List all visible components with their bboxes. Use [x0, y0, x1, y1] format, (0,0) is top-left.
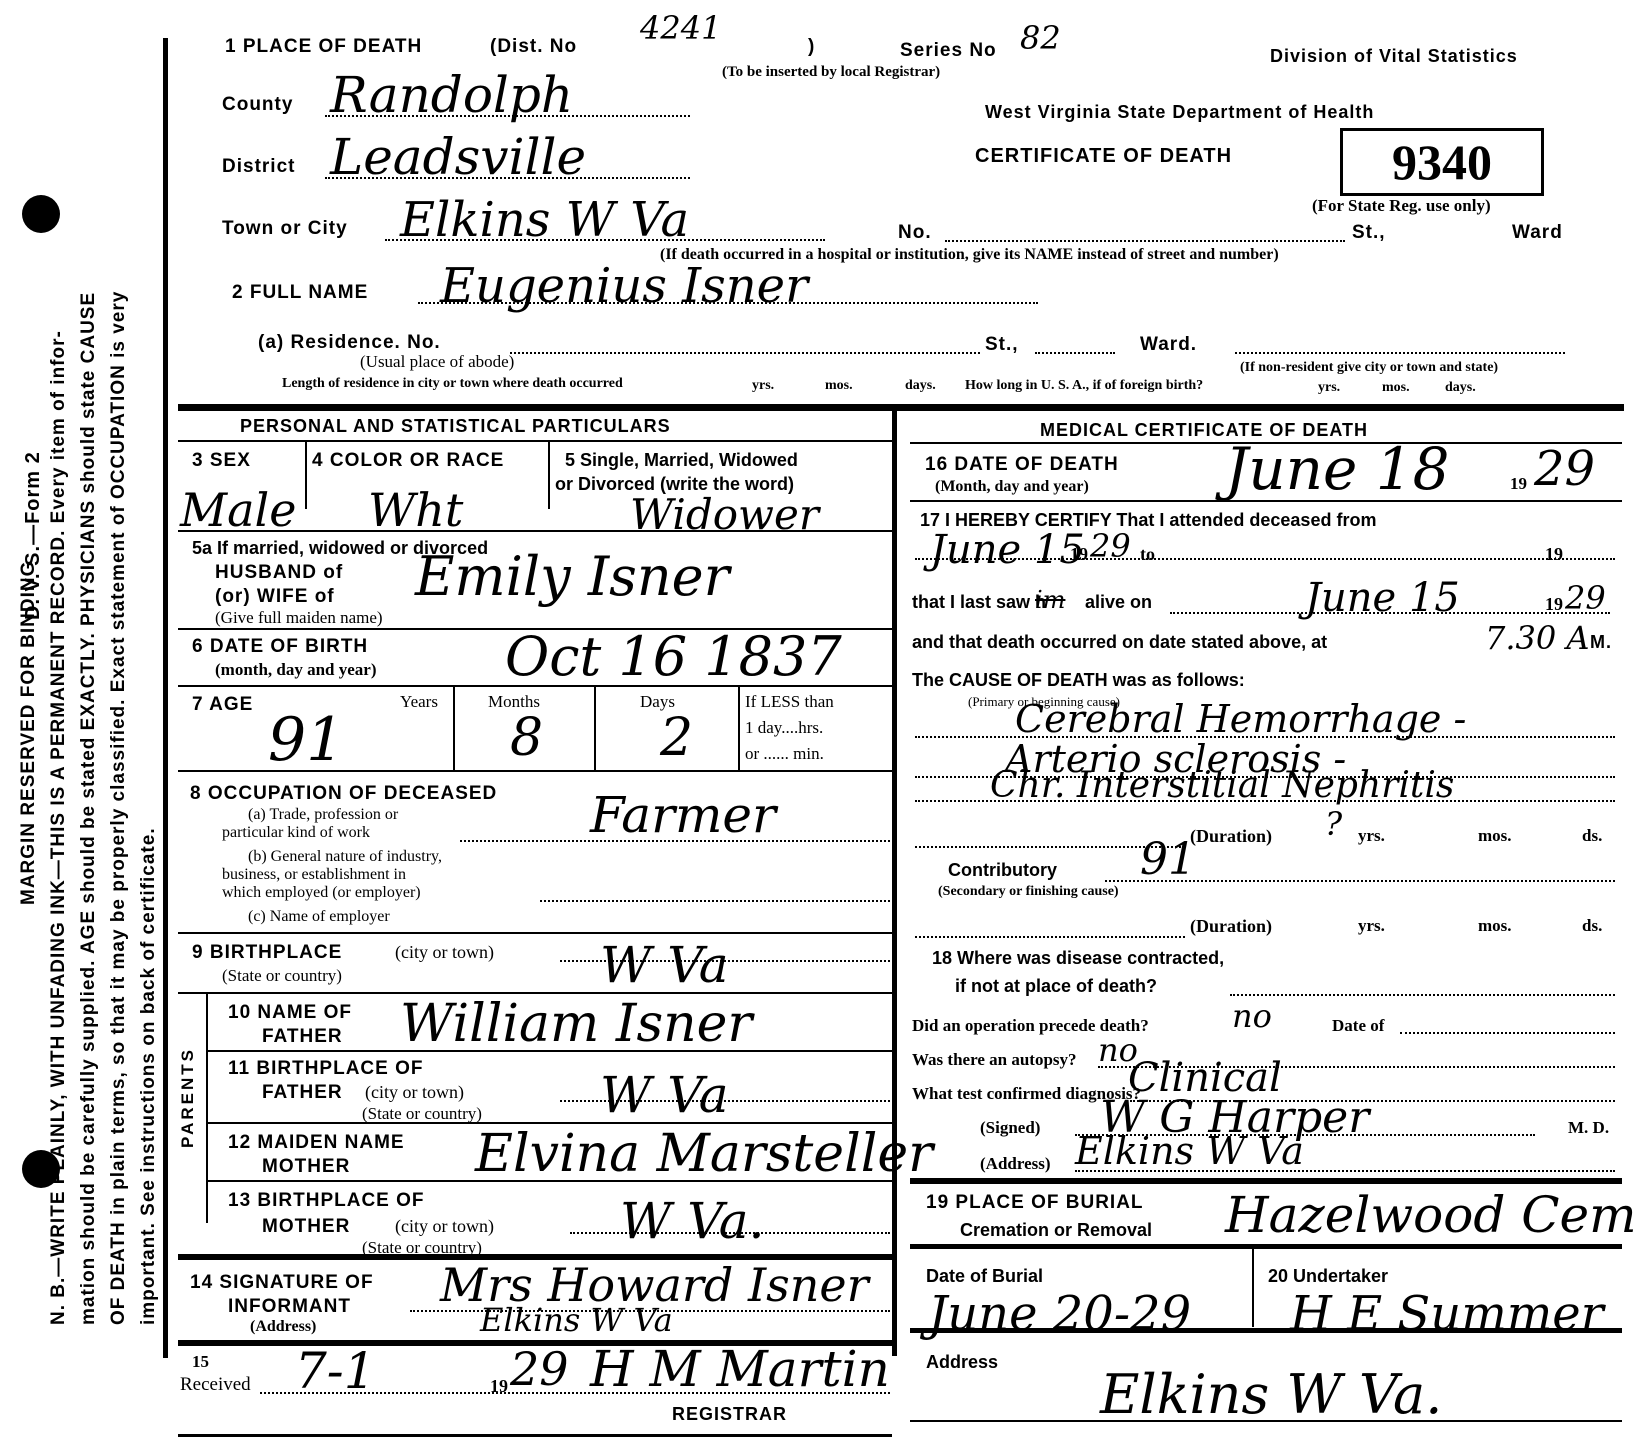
burial-place-label-2: Cremation or Removal: [960, 1220, 1152, 1241]
rule: [453, 686, 455, 770]
no-label: No.: [898, 222, 932, 244]
residence-sublabel: (Usual place of abode): [360, 352, 514, 372]
district-label: District: [222, 156, 295, 178]
residence-ward-line: [1235, 352, 1565, 354]
sex-label: 3 SEX: [192, 450, 251, 472]
sex-value: Male: [180, 487, 296, 533]
punch-hole-bottom: [22, 1150, 60, 1188]
father-bp-value: W Va: [600, 1070, 729, 1120]
county-label: County: [222, 94, 293, 116]
doctor-address-label: (Address): [980, 1154, 1051, 1174]
mother-bp-label-1: 13 BIRTHPLACE OF: [228, 1190, 425, 1212]
town-value: Elkins W Va: [400, 196, 689, 244]
attended-from-year: 29: [1090, 530, 1131, 562]
rule: [208, 1180, 892, 1182]
duration-mos: mos.: [1478, 826, 1512, 846]
rule: [594, 686, 596, 770]
rule: [910, 1178, 1622, 1184]
operation-value: no: [1232, 1000, 1272, 1032]
rule: [1252, 1249, 1254, 1327]
usa-yrs: yrs.: [1318, 380, 1340, 396]
mother-bp-label-2: MOTHER: [262, 1216, 350, 1238]
rule: [206, 993, 208, 1223]
usa-mos: mos.: [1382, 380, 1410, 396]
received-year-prefix: 19: [490, 1376, 508, 1397]
informant-address-label: (Address): [250, 1318, 316, 1336]
last-saw-value: June 15: [1305, 578, 1460, 618]
birthplace-sublabel: (State or country): [222, 966, 342, 986]
mother-bp-paren: (city or town): [395, 1216, 494, 1237]
usa-days: days.: [1445, 380, 1476, 396]
burial-date-label: Date of Burial: [926, 1266, 1043, 1287]
attended-to-label: to: [1140, 544, 1155, 565]
less-than-label-2: 1 day....hrs.: [745, 718, 823, 738]
informant-label-2: INFORMANT: [228, 1296, 351, 1318]
received-year-value: 29: [510, 1346, 569, 1392]
received-label: Received: [180, 1374, 251, 1396]
undertaker-address-label: Address: [926, 1352, 998, 1373]
residence-st-line: [1035, 352, 1115, 354]
state-reg-note: (For State Reg. use only): [1312, 196, 1491, 216]
birthplace-value: W Va: [600, 940, 729, 990]
certificate-number: 9340: [1340, 128, 1544, 196]
registrar-signature: H M Martin: [590, 1344, 890, 1394]
father-name-label-2: FATHER: [262, 1026, 343, 1048]
occupation-a-label-2: particular kind of work: [222, 824, 370, 842]
rule: [910, 1328, 1622, 1333]
mother-bp-value: W Va.: [620, 1196, 765, 1246]
secondary-cause-label: (Secondary or finishing cause): [938, 884, 1119, 900]
dist-no-close: ): [808, 36, 815, 58]
duration-label: (Duration): [1190, 826, 1272, 847]
county-value: Randolph: [330, 70, 573, 120]
birthplace-label: 9 BIRTHPLACE: [192, 942, 342, 964]
age-months-value: 8: [510, 712, 543, 764]
informant-label-1: 14 SIGNATURE OF: [190, 1272, 374, 1294]
occupation-b-line: [540, 900, 890, 902]
duration2-label: (Duration): [1190, 916, 1272, 937]
date-of-death-year: 29: [1534, 445, 1595, 493]
margin-binding-note: MARGIN RESERVED FOR BINDING: [18, 561, 40, 905]
residence-no-line: [510, 352, 980, 354]
length-residence-label: Length of residence in city or town wher…: [282, 376, 623, 392]
father-bp-label-1: 11 BIRTHPLACE OF: [228, 1058, 423, 1080]
operation-date-label: Date of: [1332, 1016, 1384, 1036]
duration2-yrs: yrs.: [1358, 916, 1385, 936]
cause-of-death-label: The CAUSE OF DEATH was as follows:: [912, 670, 1245, 691]
father-name-label-1: 10 NAME OF: [228, 1002, 352, 1024]
signed-label: (Signed): [980, 1118, 1040, 1138]
last-saw-pronoun: im: [1035, 588, 1065, 612]
mother-name-label-2: MOTHER: [262, 1156, 350, 1178]
residence-ward-label: Ward.: [1140, 334, 1197, 356]
duration-yrs-value: ?: [1325, 808, 1342, 840]
time-of-death-value: 7.30 A: [1485, 622, 1590, 654]
father-bp-sublabel: (State or country): [362, 1104, 482, 1124]
informant-address-value: Elkins W Va: [480, 1304, 673, 1336]
doctor-address-value: Elkins W Va: [1075, 1132, 1304, 1170]
attended-from-year-prefix: 19: [1070, 544, 1088, 565]
nonresident-note: (If non-resident give city or town and s…: [1240, 360, 1498, 376]
town-label: Town or City: [222, 218, 348, 240]
doctor-address-line: [1075, 1170, 1615, 1172]
age-years-label: Years: [400, 692, 438, 712]
date-of-death-year-prefix: 19: [1510, 474, 1527, 494]
certificate-title: CERTIFICATE OF DEATH: [975, 145, 1232, 168]
contributory-label: Contributory: [948, 860, 1057, 881]
race-label: 4 COLOR OR RACE: [312, 450, 504, 472]
contracted-label-2: if not at place of death?: [955, 976, 1157, 997]
dob-label: 6 DATE OF BIRTH: [192, 636, 368, 658]
md-label: M. D.: [1568, 1118, 1609, 1138]
rule: [178, 440, 892, 442]
mother-name-value: Elvina Marsteller: [475, 1128, 933, 1180]
duration-days: ds.: [1582, 826, 1602, 846]
place-of-death-label: 1 PLACE OF DEATH: [225, 36, 422, 58]
st-label: St.,: [1352, 222, 1386, 244]
contracted-line: [1230, 994, 1615, 996]
column-divider: [892, 404, 897, 1356]
rule: [178, 530, 892, 532]
spouse-value: Emily Isner: [415, 550, 729, 604]
burial-place-value: Hazelwood Cem: [1225, 1190, 1637, 1240]
mother-name-label-1: 12 MAIDEN NAME: [228, 1132, 405, 1154]
last-saw-label: that I last saw h: [912, 592, 1046, 613]
duration2-lead: [915, 936, 1185, 938]
parents-label: PARENTS: [178, 1047, 198, 1148]
duration2-mos: mos.: [1478, 916, 1512, 936]
age-days-value: 2: [660, 712, 693, 764]
date-of-death-value: June 18: [1225, 440, 1450, 498]
length-yrs: yrs.: [752, 378, 774, 394]
spouse-label-3: (or) WIFE of: [215, 586, 335, 608]
rule: [910, 1420, 1622, 1422]
occupation-c-label: (c) Name of employer: [248, 908, 390, 926]
father-bp-label-2: FATHER: [262, 1082, 343, 1104]
received-date-value: 7-1: [295, 1346, 376, 1396]
section-divider: [178, 404, 1624, 411]
contracted-label-1: 18 Where was disease contracted,: [932, 948, 1224, 969]
rule: [548, 441, 550, 509]
ward-label: Ward: [1512, 222, 1563, 244]
undertaker-label: 20 Undertaker: [1268, 1266, 1388, 1287]
father-name-value: William Isner: [400, 998, 752, 1050]
rule: [178, 770, 892, 772]
series-no-value: 82: [1020, 22, 1061, 54]
registrar-label: REGISTRAR: [672, 1404, 787, 1425]
rule: [178, 685, 892, 687]
spouse-label-2: HUSBAND of: [215, 562, 343, 584]
rule: [910, 1244, 1622, 1249]
autopsy-label: Was there an autopsy?: [912, 1050, 1077, 1070]
occupation-a-label-1: (a) Trade, profession or: [248, 806, 398, 824]
duration-yrs: yrs.: [1358, 826, 1385, 846]
attended-to-year-prefix: 19: [1545, 544, 1563, 565]
marital-label-1: 5 Single, Married, Widowed: [565, 450, 798, 471]
dist-no-value: 4241: [640, 12, 721, 44]
last-saw-year: 29: [1565, 582, 1606, 614]
occupation-b-label-2: business, or establishment in: [222, 866, 406, 884]
occupation-label: 8 OCCUPATION OF DECEASED: [190, 783, 497, 805]
cause-line-3-value: Chr. Interstitial Nephritis: [990, 768, 1454, 804]
punch-hole-top: [22, 195, 60, 233]
date-of-death-sublabel: (Month, day and year): [935, 478, 1089, 496]
less-than-label-1: If LESS than: [745, 692, 834, 712]
residence-label: (a) Residence. No.: [258, 332, 441, 354]
rule: [178, 1434, 892, 1437]
division-title: Division of Vital Statistics: [1270, 46, 1518, 67]
dist-no-label: (Dist. No: [490, 36, 577, 58]
rule: [208, 1050, 892, 1052]
age-label: 7 AGE: [192, 694, 253, 716]
usa-label: How long in U. S. A., if of foreign birt…: [965, 378, 1203, 394]
occupation-value: Farmer: [590, 790, 776, 840]
full-name-value: Eugenius Isner: [440, 262, 808, 310]
date-of-death-label: 16 DATE OF DEATH: [925, 454, 1119, 476]
age-years-value: 91: [268, 710, 344, 770]
father-bp-paren: (city or town): [365, 1082, 464, 1103]
rule: [910, 500, 1622, 502]
margin-instruction-4: important. See instructions on back of c…: [138, 827, 160, 1325]
time-suffix: M.: [1590, 632, 1612, 653]
burial-place-label-1: 19 PLACE OF BURIAL: [926, 1192, 1144, 1214]
spouse-label-4: (Give full maiden name): [215, 608, 383, 628]
race-value: Wht: [368, 487, 463, 533]
department-title: West Virginia State Department of Health: [985, 102, 1374, 123]
frame-left-border: [163, 38, 168, 1358]
no-line: [945, 240, 1345, 242]
district-value: Leadsville: [330, 132, 586, 182]
duration2-days: ds.: [1582, 916, 1602, 936]
margin-instruction-2: mation should be carefully supplied. AGE…: [78, 292, 100, 1325]
dob-sublabel: (month, day and year): [215, 660, 377, 680]
series-no-label: Series No: [900, 40, 997, 62]
attended-from-value: June 15: [930, 530, 1085, 570]
residence-st-label: St.,: [985, 334, 1019, 356]
length-days: days.: [905, 378, 936, 394]
registrar-note: (To be inserted by local Registrar): [722, 64, 940, 81]
alive-on-label: alive on: [1085, 592, 1152, 613]
occupation-b-label-3: which employed (or employer): [222, 884, 421, 902]
contributory-value: 91: [1140, 838, 1196, 882]
last-saw-year-prefix: 19: [1545, 594, 1563, 615]
dob-value: Oct 16 1837: [505, 630, 842, 684]
length-mos: mos.: [825, 378, 853, 394]
occupation-b-label-1: (b) General nature of industry,: [248, 848, 442, 866]
rule: [305, 441, 307, 509]
full-name-label: 2 FULL NAME: [232, 282, 368, 304]
rule: [178, 932, 892, 934]
received-number: 15: [192, 1352, 209, 1372]
undertaker-address-value: Elkins W Va.: [1100, 1368, 1442, 1422]
personal-section-title: PERSONAL AND STATISTICAL PARTICULARS: [240, 416, 671, 437]
margin-instruction-3: OF DEATH in plain terms, so that it may …: [108, 291, 130, 1325]
rule: [738, 686, 740, 770]
death-occurred-label: and that death occurred on date stated a…: [912, 632, 1327, 653]
cause-line-1-value: Cerebral Hemorrhage -: [1015, 700, 1466, 738]
less-than-label-3: or ...... min.: [745, 744, 824, 764]
operation-date-line: [1400, 1032, 1615, 1034]
birthplace-paren: (city or town): [395, 942, 494, 963]
